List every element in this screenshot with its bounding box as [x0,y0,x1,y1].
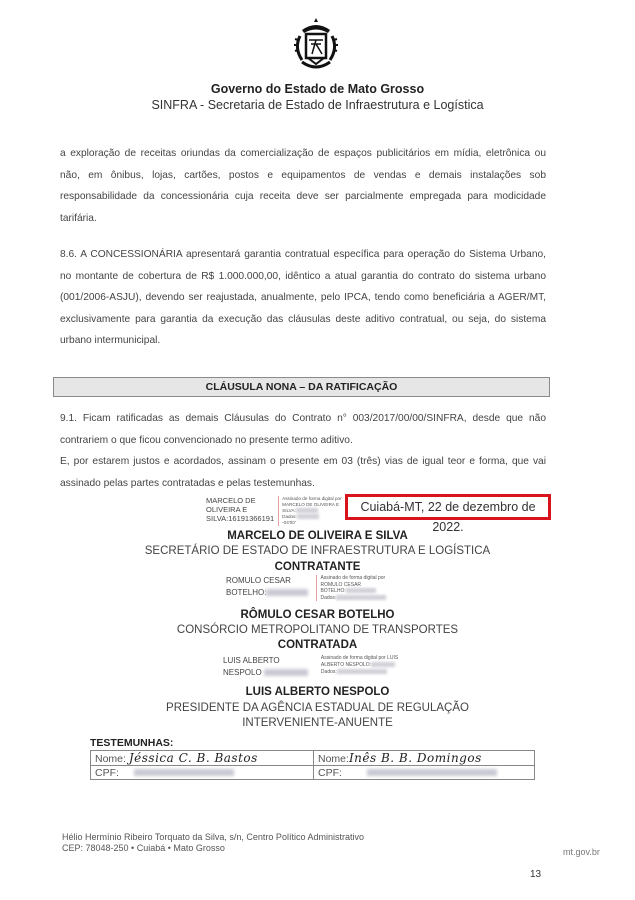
stamp-name-line: OLIVEIRA E [206,505,274,514]
redacted-block [336,595,386,600]
date-place-highlight: Cuiabá-MT, 22 de dezembro de 2022. [345,494,551,520]
signer-title-3: PRESIDENTE DA AGÊNCIA ESTADUAL DE REGULA… [0,702,635,714]
redacted-block [264,669,308,676]
address-line: CEP: 78048-250 • Cuiabá • Mato Grosso [62,843,364,854]
witness-1-cpf-cell: CPF: [91,766,314,780]
redacted-block [297,514,319,519]
redacted-block [134,769,234,776]
text-line: contrariem o que ficou convencionado no … [60,430,546,452]
witness-1-signature: Jéssica C. B. Bastos [129,751,258,765]
name-label: Nome: [95,753,126,765]
redacted-block [346,588,376,593]
text-line: assinado pelas partes contratadas e pela… [60,473,546,495]
redacted-block [367,769,497,776]
stamp-details: Assinado de forma digital por LUIS ALBER… [318,655,398,679]
stamp-detail-line: BOTELHO: [320,588,345,594]
name-label: Nome: [318,753,349,765]
stamp-signer-name: ROMULO CESAR BOTELHO: [226,575,308,601]
digital-signature-stamp-3: LUIS ALBERTO NESPOLO Assinado de forma d… [223,655,398,679]
signer-role-1: CONTRATANTE [0,561,635,573]
stamp-name-line: NESPOLO [223,668,262,677]
text-line: responsabilidade da concessionária cuja … [60,186,546,208]
stamp-detail-line: Dados: [321,669,337,675]
digital-signature-stamp-2: ROMULO CESAR BOTELHO: Assinado de forma … [226,575,386,601]
stamp-detail-line: Dados: [320,595,336,601]
witnesses-label: TESTEMUNHAS: [90,737,173,749]
text-line: (001/2006-ASJU), devendo ser reajustada,… [60,287,546,309]
text-line: no montante de cobertura de R$ 1.000.000… [60,266,546,288]
stamp-name-line: ROMULO CESAR [226,575,308,587]
stamp-details: Assinado de forma digital por MARCELO DE… [278,496,342,526]
signer-name-2: RÔMULO CESAR BOTELHO [0,609,635,621]
text-line: 8.6. A CONCESSIONÁRIA apresentará garant… [60,244,546,266]
stamp-name-line: MARCELO DE [206,496,274,505]
stamp-name-line: BOTELHO: [226,588,266,597]
signer-role-2: CONTRATADA [0,639,635,651]
text-line: E, por estarem justos e acordados, assin… [60,451,546,473]
footer-website: mt.gov.br [563,847,600,857]
table-row: Nome: Jéssica C. B. Bastos Nome:Inês B. … [91,751,535,766]
stamp-details: Assinado de forma digital por ROMULO CES… [316,575,386,601]
paragraph-9-1: 9.1. Ficam ratificadas as demais Cláusul… [60,408,546,494]
signer-name-1: MARCELO DE OLIVEIRA E SILVA [0,530,635,542]
stamp-detail-line: Dados: [282,514,297,519]
paragraph-8-6: 8.6. A CONCESSIONÁRIA apresentará garant… [60,244,546,352]
text-line: a exploração de receitas oriundas da com… [60,143,546,165]
stamp-detail-line: Assinado de forma digital por [320,575,386,582]
redacted-block [337,669,387,674]
header-title: Governo do Estado de Mato Grosso [0,82,635,96]
text-line: urbano intermunicipal. [60,330,546,352]
stamp-detail-line: SILVA: [282,508,296,513]
stamp-detail-line: ALBERTO NESPOLO: [321,662,371,668]
witness-2-cpf-cell: CPF: [314,766,535,780]
address-line: Hélio Hermínio Ribeiro Torquato da Silva… [62,832,364,843]
witness-2-signature: Inês B. B. Domingos [349,751,482,765]
signer-title-1: SECRETÁRIO DE ESTADO DE INFRAESTRUTURA E… [0,545,635,557]
stamp-detail-line: Assinado de forma digital por LUIS [321,655,398,662]
state-coat-of-arms-icon [290,18,342,76]
digital-signature-stamp-1: MARCELO DE OLIVEIRA E SILVA:16191366191 … [206,496,342,526]
text-line: não, em ônibus, lojas, cartões, postos e… [60,165,546,187]
redacted-block [266,589,308,596]
header-subtitle: SINFRA - Secretaria de Estado de Infraes… [0,98,635,112]
witnesses-table: Nome: Jéssica C. B. Bastos Nome:Inês B. … [90,750,535,780]
signer-title-2: CONSÓRCIO METROPOLITANO DE TRANSPORTES [0,624,635,636]
cpf-label: CPF: [95,767,119,779]
text-line: tarifária. [60,208,546,230]
signer-role-3: INTERVENIENTE-ANUENTE [0,717,635,729]
redacted-block [296,508,318,513]
witness-1-name-cell: Nome: Jéssica C. B. Bastos [91,751,314,766]
stamp-signer-name: LUIS ALBERTO NESPOLO [223,655,308,679]
footer-address: Hélio Hermínio Ribeiro Torquato da Silva… [62,832,364,854]
stamp-name-line: LUIS ALBERTO [223,655,308,667]
paragraph-intro: a exploração de receitas oriundas da com… [60,143,546,229]
stamp-name-line: SILVA:16191366191 [206,514,274,523]
signer-name-3: LUIS ALBERTO NESPOLO [0,686,635,698]
redacted-block [371,662,395,667]
clause-heading: CLÁUSULA NONA – DA RATIFICAÇÃO [53,377,550,397]
text-line: 9.1. Ficam ratificadas as demais Cláusul… [60,408,546,430]
cpf-label: CPF: [318,767,342,779]
stamp-signer-name: MARCELO DE OLIVEIRA E SILVA:16191366191 [206,496,274,526]
page-number: 13 [530,869,541,880]
witness-2-name-cell: Nome:Inês B. B. Domingos [314,751,535,766]
table-row: CPF: CPF: [91,766,535,780]
stamp-detail-line: -04'00' [282,520,342,526]
text-line: exclusivamente para garantia da execução… [60,309,546,331]
